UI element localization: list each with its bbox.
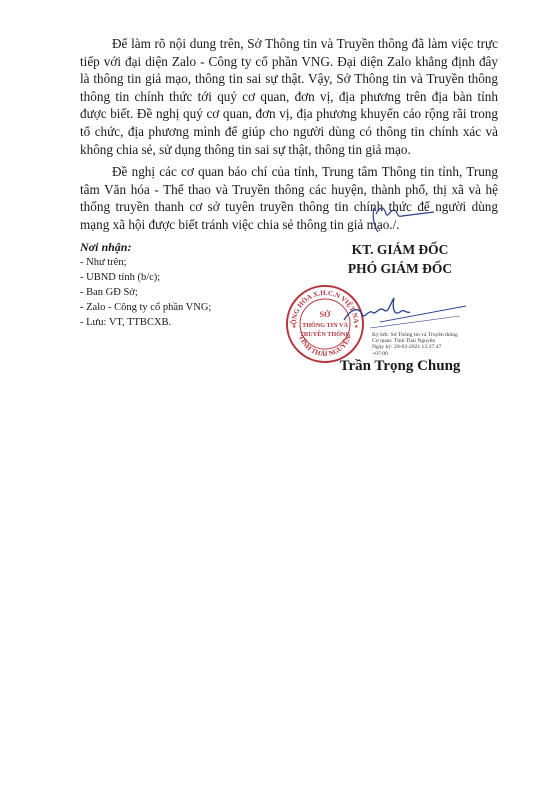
- signature-title-line1: KT. GIÁM ĐỐC: [320, 240, 480, 259]
- recipient-item: - Lưu: VT, TTBCXB.: [80, 315, 211, 330]
- recipient-item: - Ban GĐ Sở;: [80, 285, 211, 300]
- recipient-item: - UBND tỉnh (b/c);: [80, 270, 211, 285]
- recipient-item: - Zalo - Công ty cổ phần VNG;: [80, 300, 211, 315]
- stamp-line1: SỞ: [320, 309, 331, 319]
- recipients-title: Nơi nhận:: [80, 240, 211, 255]
- document-page: Để làm rõ nội dung trên, Sở Thông tin và…: [0, 0, 554, 785]
- initials-signature: [368, 202, 438, 234]
- recipients-list: Nơi nhận: - Như trên; - UBND tỉnh (b/c);…: [80, 240, 211, 330]
- svg-text:★: ★: [292, 324, 297, 330]
- digital-timezone: +07:00: [372, 351, 462, 357]
- signature-title-block: KT. GIÁM ĐỐC PHÓ GIÁM ĐỐC: [320, 240, 480, 278]
- signature-title-line2: PHÓ GIÁM ĐỐC: [320, 259, 480, 278]
- handwritten-signature: [340, 292, 470, 332]
- paragraph-1: Để làm rõ nội dung trên, Sở Thông tin và…: [80, 35, 498, 158]
- recipient-item: - Như trên;: [80, 255, 211, 270]
- digital-signature-info: Ký bởi: Sở Thông tin và Truyền thông Cơ …: [372, 332, 462, 357]
- signer-name: Trần Trọng Chung: [320, 358, 480, 375]
